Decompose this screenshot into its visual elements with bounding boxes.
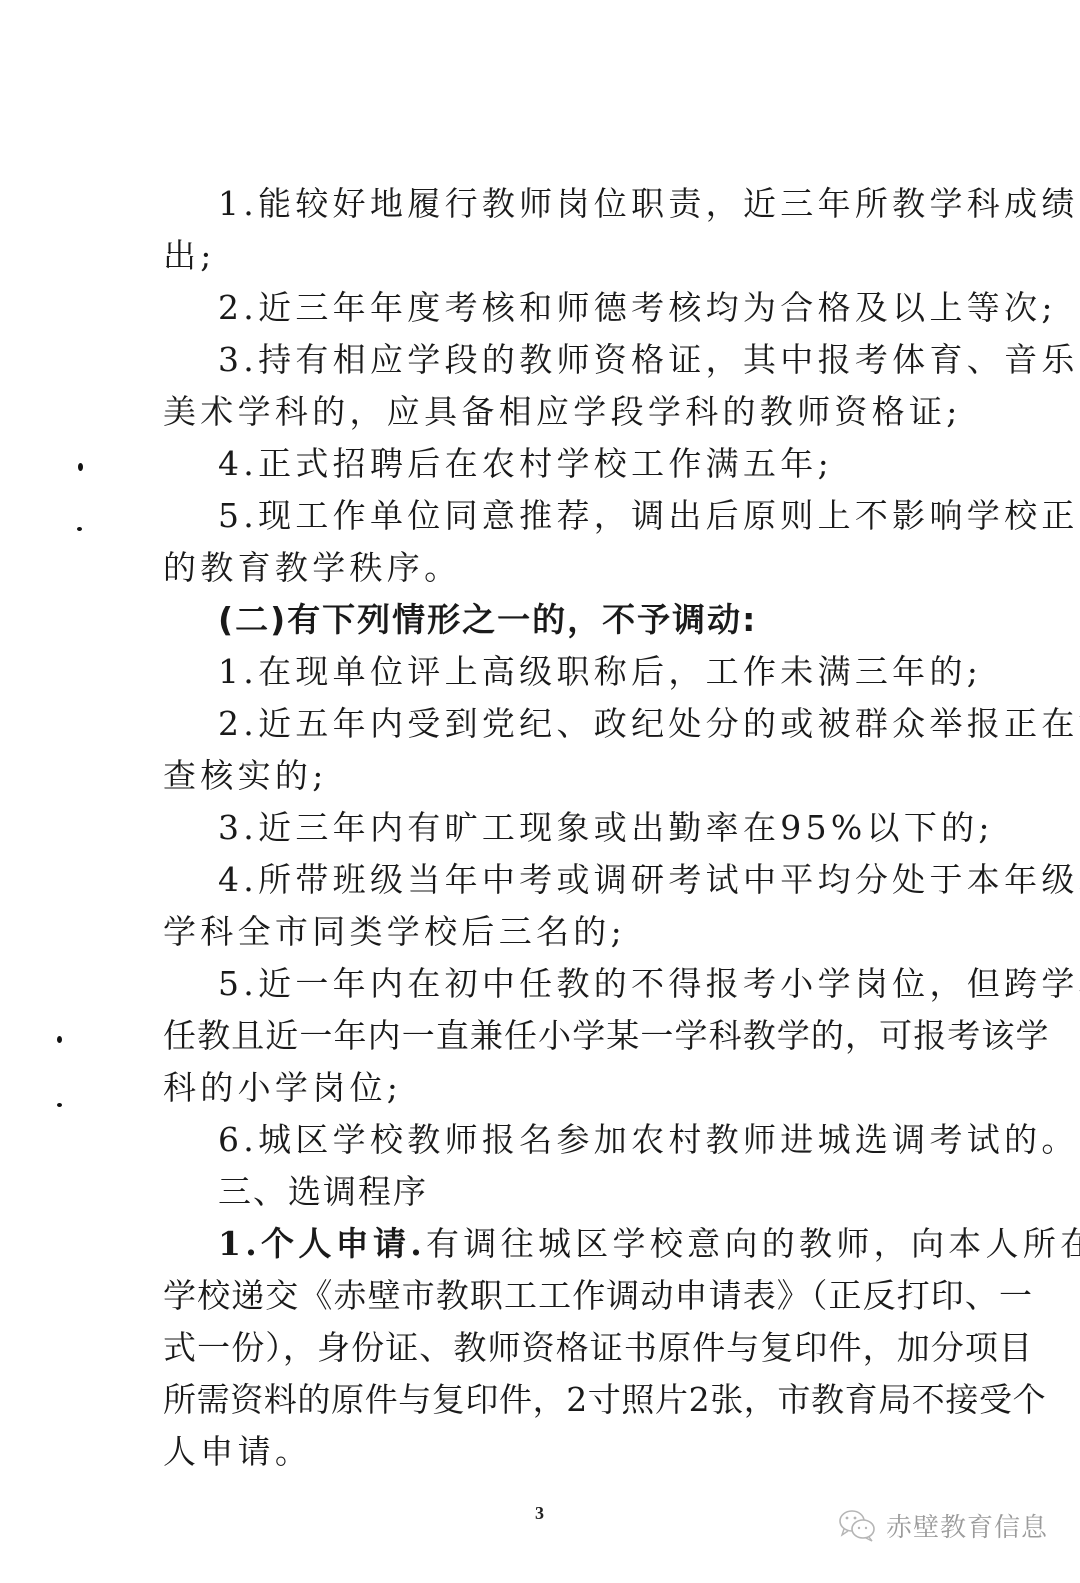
- watermark: 赤壁教育信息: [838, 1507, 1048, 1544]
- step-text: 有调往城区学校意向的教师，向本人所在: [426, 1224, 1080, 1263]
- text-line: 5.近一年内在初中任教的不得报考小学岗位，但跨学段: [163, 958, 917, 1010]
- text-line: 4.所带班级当年中考或调研考试中平均分处于本年级本: [163, 854, 917, 906]
- text-line: 人申请。: [163, 1426, 917, 1478]
- section-heading: 三、选调程序: [163, 1166, 917, 1218]
- wechat-icon: [838, 1509, 878, 1543]
- scan-artifact: [78, 463, 83, 471]
- text-line: 6.城区学校教师报名参加农村教师进城选调考试的。: [163, 1114, 917, 1166]
- text-line: 4.正式招聘后在农村学校工作满五年;: [163, 438, 917, 490]
- scan-artifact: [57, 1036, 62, 1043]
- watermark-text: 赤壁教育信息: [886, 1507, 1048, 1544]
- text-line: 科的小学岗位;: [163, 1062, 917, 1114]
- text-line: 5.现工作单位同意推荐，调出后原则上不影响学校正常: [163, 490, 917, 542]
- step-title: 1.个人申请.: [218, 1224, 426, 1263]
- text-line: 查核实的;: [163, 750, 917, 802]
- text-line: 学校递交《赤壁市教职工工作调动申请表》（正反打印、一: [163, 1270, 917, 1322]
- text-line: 1.个人申请.有调往城区学校意向的教师，向本人所在: [163, 1218, 917, 1270]
- document-body: 1.能较好地履行教师岗位职责，近三年所教学科成绩突 出; 2.近三年年度考核和师…: [163, 178, 917, 1478]
- text-line: 式一份），身份证、教师资格证书原件与复印件，加分项目: [163, 1322, 917, 1374]
- text-line: 的教育教学秩序。: [163, 542, 917, 594]
- section-subheading: (二)有下列情形之一的，不予调动:: [163, 594, 917, 646]
- scan-artifact: [57, 1103, 62, 1107]
- text-line: 出;: [163, 230, 917, 282]
- text-line: 1.能较好地履行教师岗位职责，近三年所教学科成绩突: [163, 178, 917, 230]
- text-line: 任教且近一年内一直兼任小学某一学科教学的，可报考该学: [163, 1010, 917, 1062]
- text-line: 美术学科的，应具备相应学段学科的教师资格证;: [163, 386, 917, 438]
- text-line: 2.近三年年度考核和师德考核均为合格及以上等次;: [163, 282, 917, 334]
- page-number: 3: [535, 1503, 544, 1524]
- text-line: 2.近五年内受到党纪、政纪处分的或被群众举报正在调: [163, 698, 917, 750]
- text-line: 1.在现单位评上高级职称后，工作未满三年的;: [163, 646, 917, 698]
- scan-artifact: [77, 527, 82, 531]
- text-line: 3.持有相应学段的教师资格证，其中报考体育、音乐、: [163, 334, 917, 386]
- text-line: 所需资料的原件与复印件，2寸照片2张，市教育局不接受个: [163, 1374, 917, 1426]
- text-line: 3.近三年内有旷工现象或出勤率在95%以下的;: [163, 802, 917, 854]
- text-line: 学科全市同类学校后三名的;: [163, 906, 917, 958]
